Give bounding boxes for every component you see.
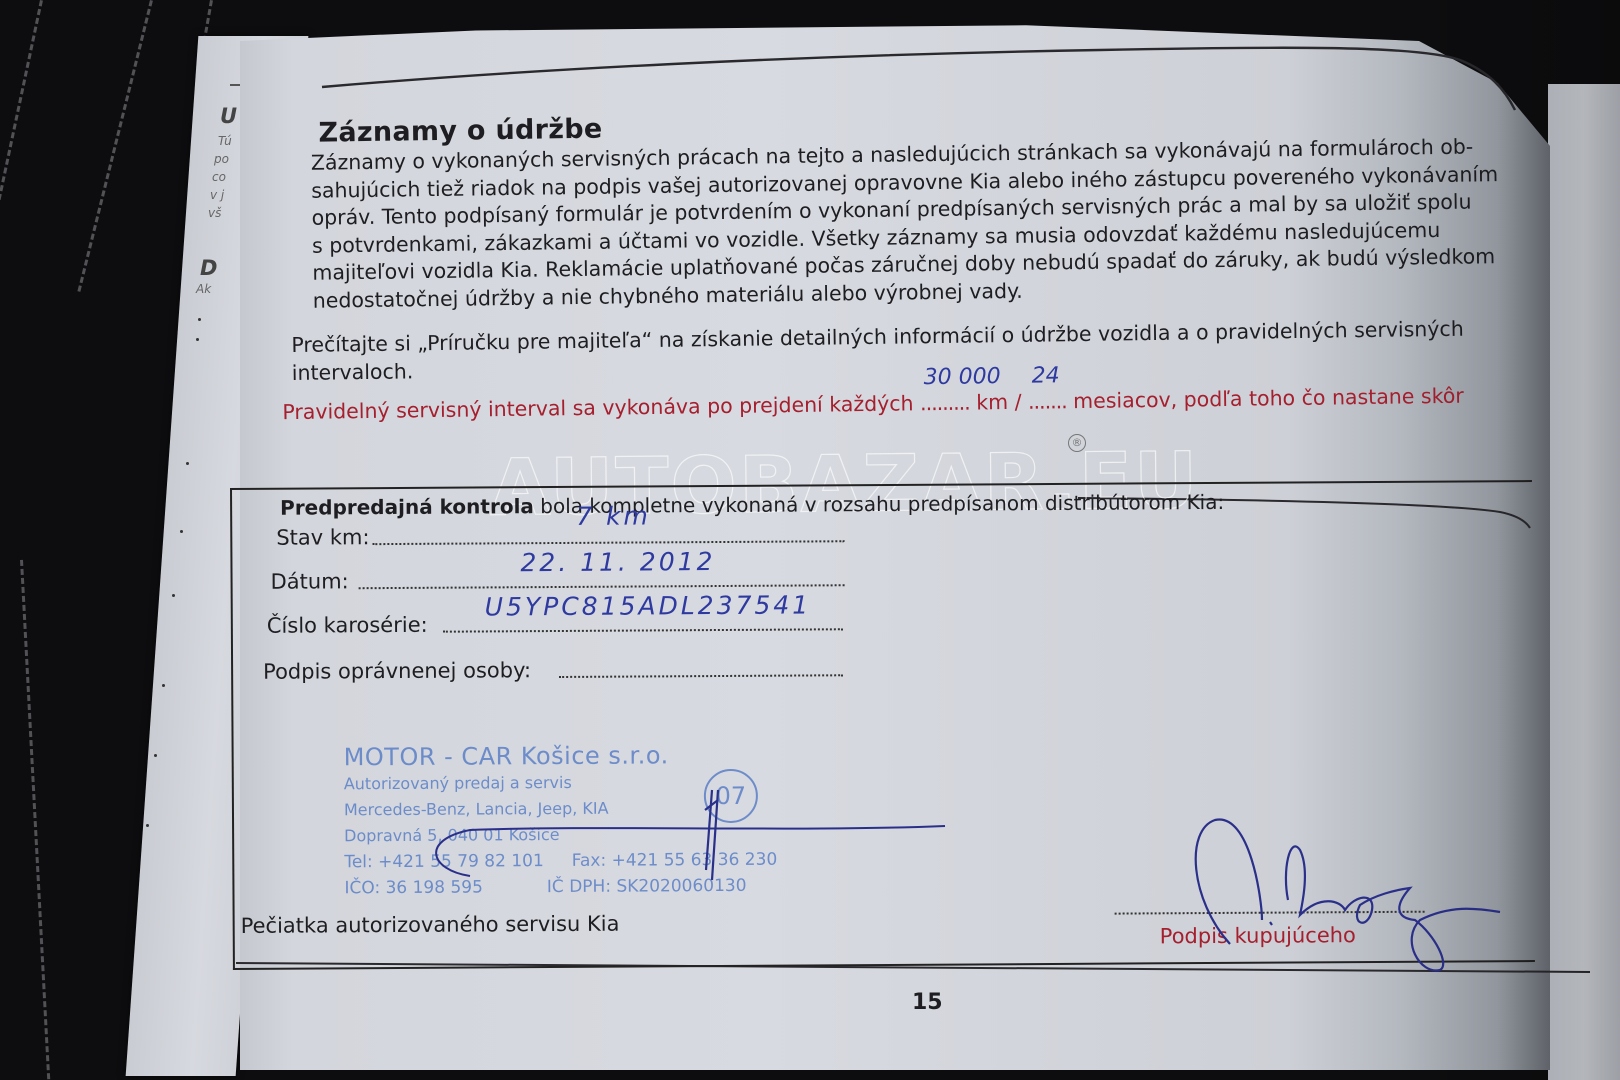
side-text: Ak bbox=[196, 282, 211, 296]
stamp-ids: IČO: 36 198 595IČ DPH: SK2020060130 bbox=[344, 873, 777, 902]
dotted-line bbox=[359, 584, 845, 589]
predelivery-form: Predpredajná kontrola bola kompletne vyk… bbox=[230, 480, 1535, 970]
bullet-dot bbox=[196, 338, 199, 341]
side-text: vš bbox=[208, 206, 221, 220]
intro-paragraph: Záznamy o vykonaných servisných prácach … bbox=[311, 133, 1500, 315]
stamp-ico: IČO: 36 198 595 bbox=[344, 877, 483, 898]
authorized-signature-field[interactable]: Podpis oprávnenej osoby: bbox=[263, 658, 531, 684]
side-heading: D bbox=[200, 256, 217, 280]
odometer-value: 7 km bbox=[576, 501, 651, 530]
stamp-tel: Tel: +421 55 79 82 101 bbox=[344, 851, 544, 872]
form-heading: Predpredajná kontrola bola kompletne vyk… bbox=[280, 490, 1224, 520]
km-interval-field[interactable]: ......... 30 000 bbox=[920, 391, 970, 416]
bullet-dot bbox=[198, 318, 201, 321]
stamp-number-circle: 07 bbox=[704, 769, 758, 823]
vin-field[interactable]: Číslo karosérie: U5YPC815ADL237541 bbox=[267, 613, 428, 638]
stamp-line: Dopravná 5, 040 01 Košice bbox=[344, 821, 777, 850]
bullet-dot bbox=[154, 754, 157, 757]
seat-stitching bbox=[77, 0, 155, 293]
stamp-contacts: Tel: +421 55 79 82 101Fax: +421 55 63 36… bbox=[344, 847, 777, 876]
authorized-signature-label: Podpis oprávnenej osoby: bbox=[263, 658, 531, 684]
bullet-dot bbox=[180, 530, 183, 533]
side-heading: U bbox=[220, 104, 237, 128]
km-unit: km / bbox=[976, 390, 1022, 415]
months-interval-field[interactable]: ....... 24 bbox=[1028, 389, 1067, 414]
stamp-company: MOTOR - CAR Košice s.r.o. bbox=[344, 741, 777, 772]
date-field[interactable]: Dátum: 22. 11. 2012 bbox=[271, 569, 349, 593]
date-value: 22. 11. 2012 bbox=[520, 547, 715, 577]
vin-label: Číslo karosérie: bbox=[267, 613, 428, 638]
buyer-signature-label: Podpis kupujúceho bbox=[1160, 923, 1356, 948]
dotted-line bbox=[372, 540, 844, 545]
stamp-fax: Fax: +421 55 63 36 230 bbox=[572, 850, 778, 871]
side-text: v j bbox=[210, 188, 224, 202]
page-number: 15 bbox=[912, 990, 943, 1015]
dotted-line bbox=[443, 628, 843, 632]
bullet-dot bbox=[172, 594, 175, 597]
months-interval-value: 24 bbox=[1032, 363, 1060, 388]
dealer-stamp: MOTOR - CAR Košice s.r.o. Autorizovaný p… bbox=[344, 741, 778, 902]
buyer-signature-line[interactable] bbox=[1115, 911, 1425, 915]
seat-stitching bbox=[0, 0, 46, 412]
stamp-dic: IČ DPH: SK2020060130 bbox=[547, 876, 747, 897]
bullet-dot bbox=[186, 462, 189, 465]
form-heading-bold: Predpredajná kontrola bbox=[280, 494, 534, 520]
side-text: po bbox=[214, 152, 229, 166]
vin-value: U5YPC815ADL237541 bbox=[485, 590, 812, 621]
odometer-field[interactable]: Stav km: 7 km bbox=[276, 525, 369, 550]
km-interval-value: 30 000 bbox=[924, 364, 1001, 390]
side-text: Tú bbox=[218, 134, 232, 148]
page-title: Záznamy o údržbe bbox=[318, 114, 602, 149]
bullet-dot bbox=[146, 824, 149, 827]
odometer-label: Stav km: bbox=[276, 525, 369, 550]
seat-stitching bbox=[20, 560, 53, 1080]
dotted-line bbox=[559, 674, 843, 678]
next-page-edge bbox=[1548, 84, 1620, 1080]
side-text: co bbox=[212, 170, 226, 184]
bullet-dot bbox=[162, 684, 165, 687]
stamp-label: Pečiatka autorizovaného servisu Kia bbox=[241, 912, 620, 938]
date-label: Dátum: bbox=[271, 569, 349, 593]
